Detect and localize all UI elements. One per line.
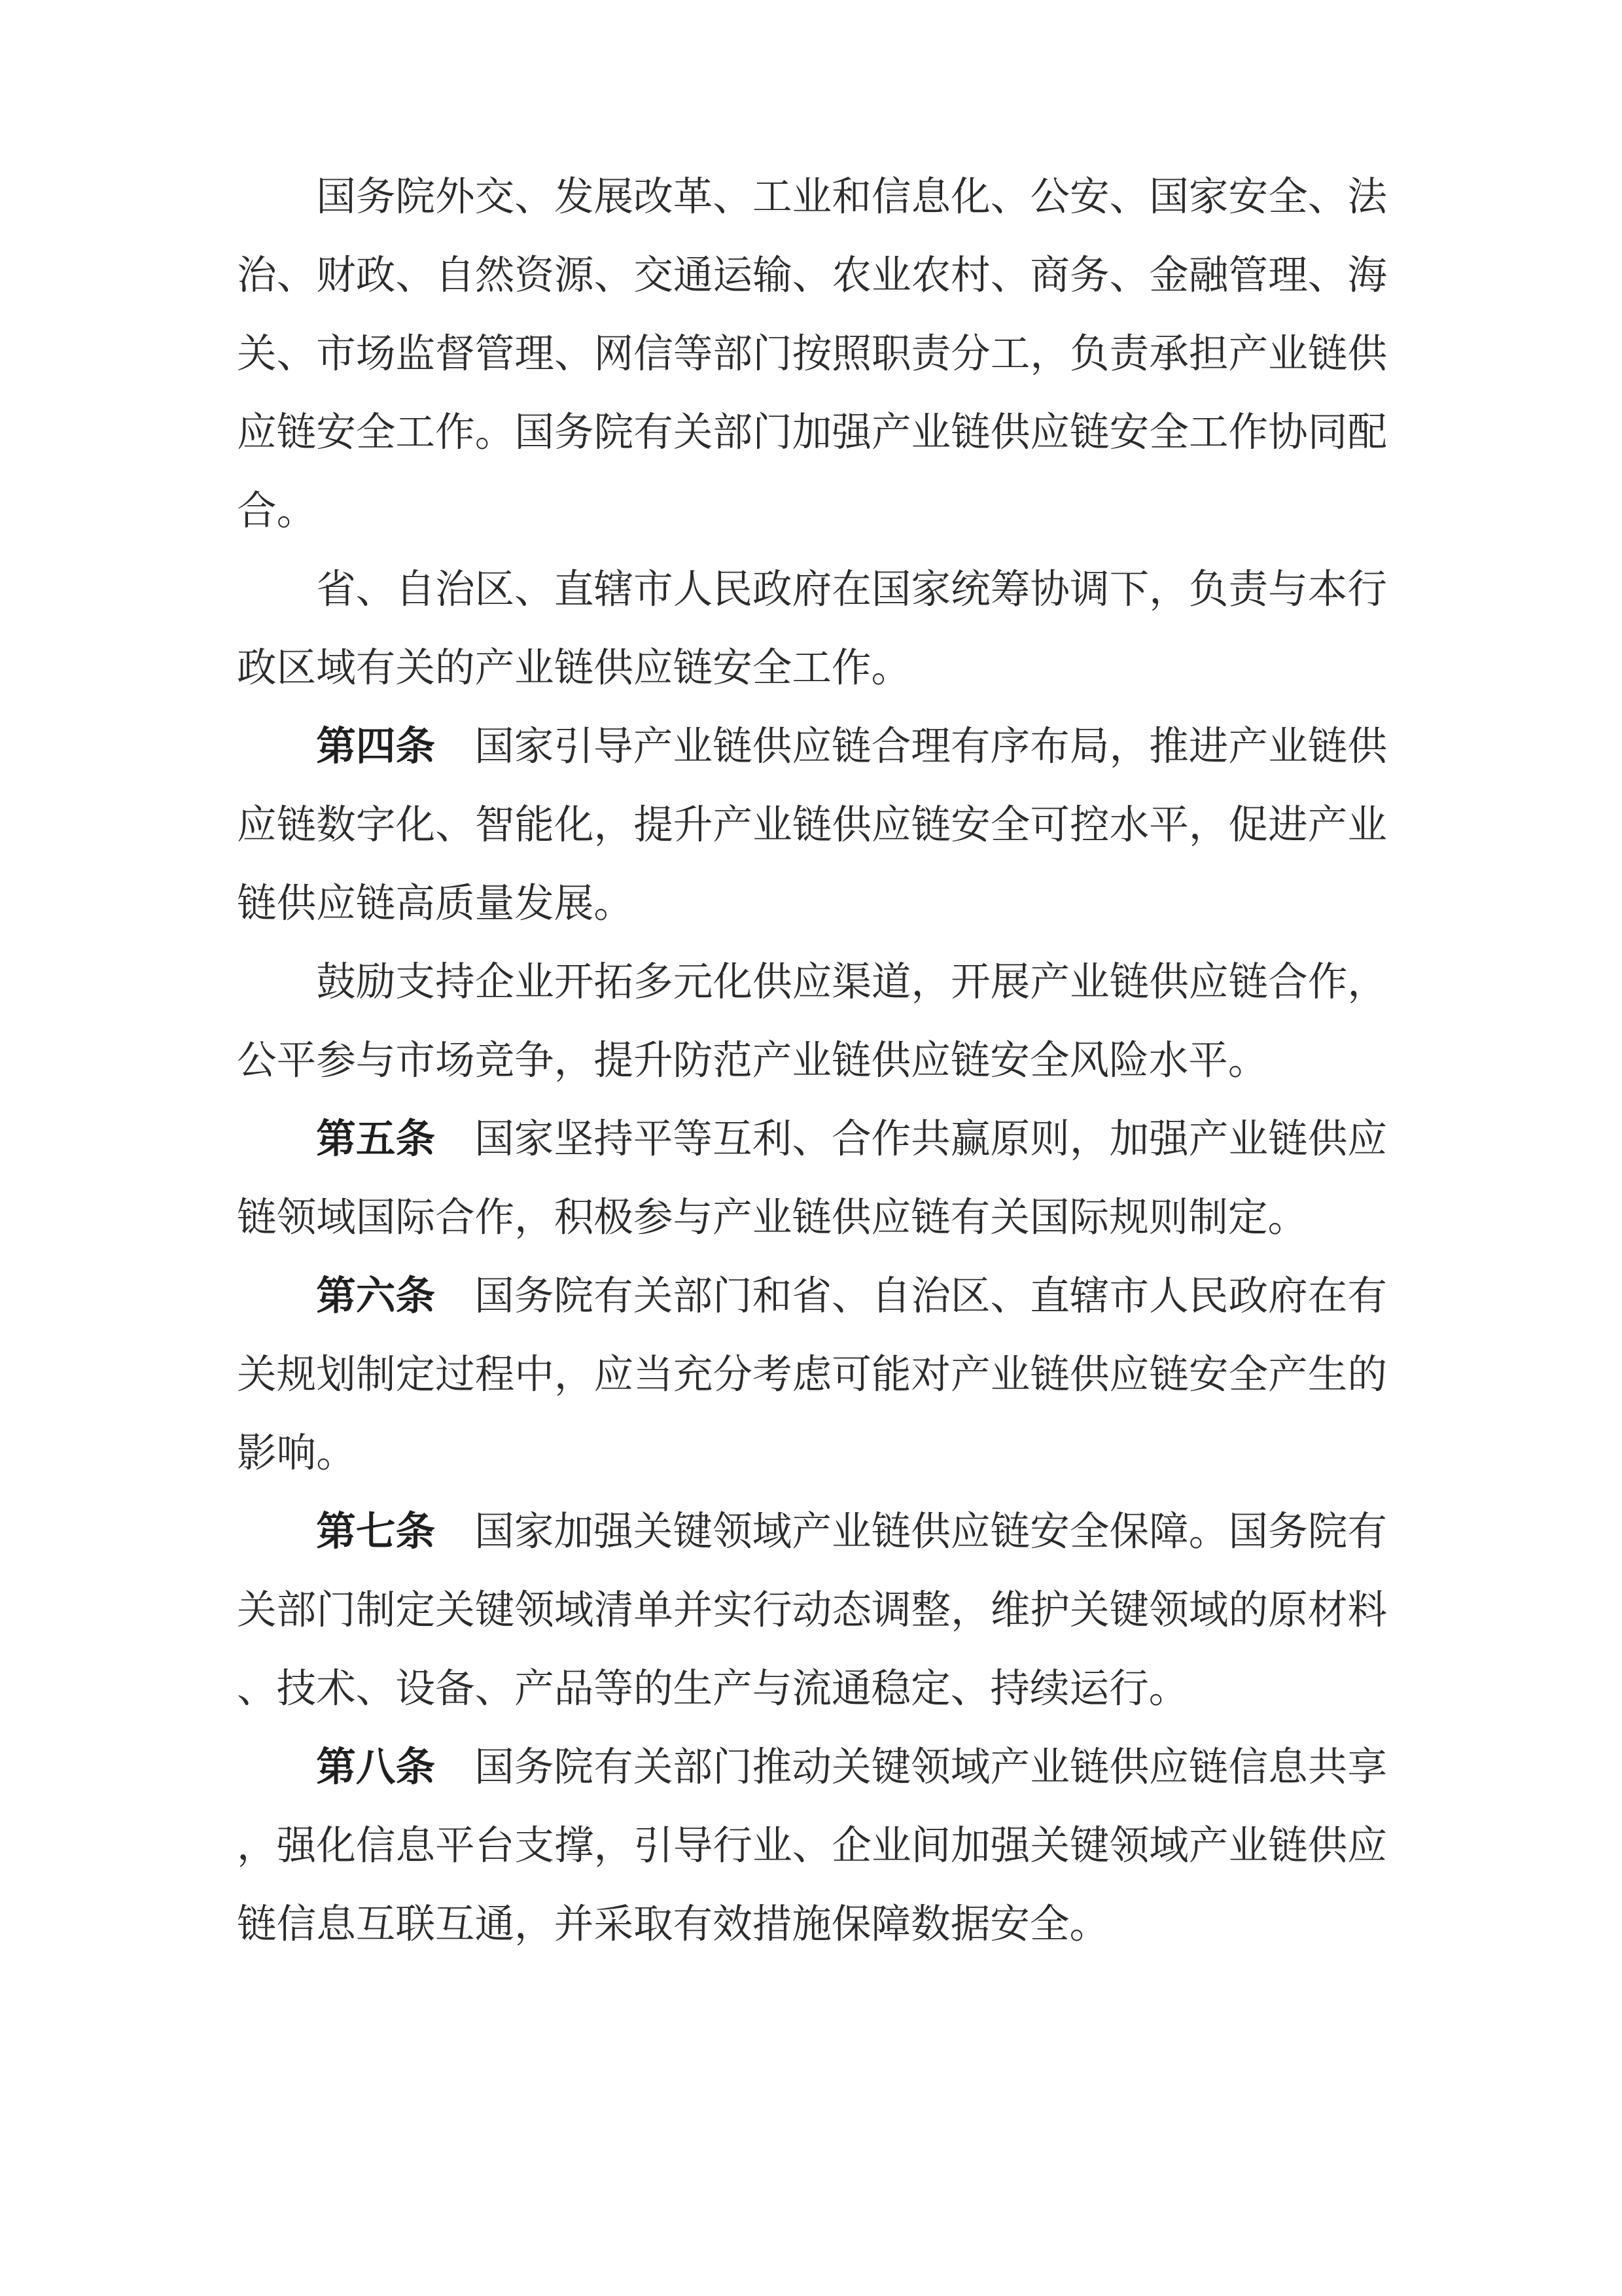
article-number: 第四条 [316, 723, 435, 769]
paragraph-provincial-governments: 省、自治区、直辖市人民政府在国家统筹协调下，负责与本行政区域有关的产业链供应链安… [237, 550, 1387, 707]
paragraph-text: 鼓励支持企业开拓多元化供应渠道，开展产业链供应链合作，公平参与市场竞争，提升防范… [237, 959, 1387, 1084]
article-number: 第八条 [316, 1744, 435, 1790]
paragraph-article-7: 第七条国家加强关键领域产业链供应链安全保障。国务院有关部门制定关键领域清单并实行… [237, 1492, 1387, 1728]
paragraph-departments-duties: 国务院外交、发展改革、工业和信息化、公安、国家安全、法治、财政、自然资源、交通运… [237, 158, 1387, 550]
paragraph-article-8: 第八条国务院有关部门推动关键领域产业链供应链信息共享，强化信息平台支撑，引导行业… [237, 1728, 1387, 1964]
paragraph-article-4: 第四条国家引导产业链供应链合理有序布局，推进产业链供应链数字化、智能化，提升产业… [237, 707, 1387, 943]
paragraph-article-6: 第六条国务院有关部门和省、自治区、直辖市人民政府在有关规划制定过程中，应当充分考… [237, 1257, 1387, 1492]
article-number: 第五条 [316, 1116, 435, 1162]
paragraph-enterprise-support: 鼓励支持企业开拓多元化供应渠道，开展产业链供应链合作，公平参与市场竞争，提升防范… [237, 943, 1387, 1100]
article-number: 第七条 [316, 1508, 435, 1555]
document-page: 国务院外交、发展改革、工业和信息化、公安、国家安全、法治、财政、自然资源、交通运… [237, 158, 1387, 1964]
paragraph-text: 国务院外交、发展改革、工业和信息化、公安、国家安全、法治、财政、自然资源、交通运… [237, 174, 1387, 534]
paragraph-article-5: 第五条国家坚持平等互利、合作共赢原则，加强产业链供应链领域国际合作，积极参与产业… [237, 1100, 1387, 1257]
paragraph-text: 省、自治区、直辖市人民政府在国家统筹协调下，负责与本行政区域有关的产业链供应链安… [237, 567, 1387, 691]
article-number: 第六条 [316, 1273, 435, 1319]
